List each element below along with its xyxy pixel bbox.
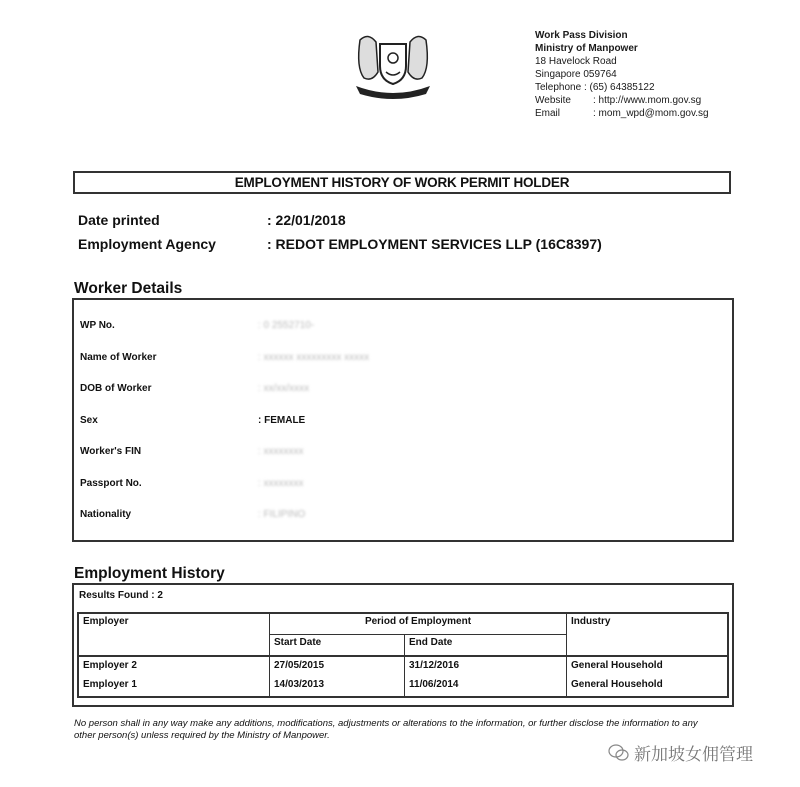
worker-field-value: : FILIPINO [258,509,305,520]
address-line-2: Singapore 059764 [535,68,709,81]
col-industry: Industry [567,613,729,656]
worker-field-value: : xx/xx/xxxx [258,383,309,394]
email-label: Email [535,107,593,120]
col-start-date: Start Date [270,635,405,657]
employment-history-heading: Employment History [74,565,225,583]
col-end-date: End Date [405,635,567,657]
results-found: Results Found : 2 [79,590,163,601]
date-printed-value: : 22/01/2018 [267,212,346,228]
cell-start-date: 27/05/2015 [270,656,405,677]
ministry-address-block: Work Pass Division Ministry of Manpower … [535,29,709,120]
website-row: Website: http://www.mom.gov.sg [535,94,709,107]
employment-history-panel: Results Found : 2 Employer Period of Emp… [72,583,734,707]
cell-industry: General Household [567,656,729,677]
telephone-value: : (65) 64385122 [584,81,655,94]
employment-history-table: Employer Period of Employment Industry S… [77,612,729,698]
worker-field-label: Name of Worker [80,352,157,363]
address-line-1: 18 Havelock Road [535,55,709,68]
worker-field-value: : 0 2552710- [258,320,314,331]
email-link[interactable]: : mom_wpd@mom.gov.sg [593,107,709,120]
document-title: EMPLOYMENT HISTORY OF WORK PERMIT HOLDER [73,171,731,194]
worker-field-label: Nationality [80,509,131,520]
employment-agency-label: Employment Agency [78,236,216,252]
worker-field-value: : FEMALE [258,415,305,426]
ministry-name: Ministry of Manpower [535,42,709,55]
worker-field-label: Sex [80,415,98,426]
col-period: Period of Employment [270,613,567,635]
employment-agency-value: : REDOT EMPLOYMENT SERVICES LLP (16C8397… [267,236,602,252]
disclaimer-text: No person shall in any way make any addi… [74,718,714,742]
worker-field-label: Worker's FIN [80,446,141,457]
col-employer: Employer [78,613,270,656]
worker-field-label: Passport No. [80,478,142,489]
table-row: Employer 227/05/201531/12/2016General Ho… [78,656,728,677]
cell-start-date: 14/03/2013 [270,677,405,697]
watermark-text: 新加坡女佣管理 [634,740,753,765]
telephone-row: Telephone : (65) 64385122 [535,81,709,94]
worker-field-value: : xxxxxxxx [258,478,304,489]
cell-industry: General Household [567,677,729,697]
coat-of-arms-emblem [350,30,436,100]
email-row: Email: mom_wpd@mom.gov.sg [535,107,709,120]
website-link[interactable]: : http://www.mom.gov.sg [593,94,701,107]
table-row: Employer 114/03/201311/06/2014General Ho… [78,677,728,697]
worker-details-panel: WP No.: 0 2552710-Name of Worker: xxxxxx… [72,298,734,542]
telephone-label: Telephone [535,81,581,94]
worker-field-value: : xxxxxxxx [258,446,304,457]
cell-end-date: 31/12/2016 [405,656,567,677]
worker-field-label: DOB of Worker [80,383,152,394]
worker-field-value: : xxxxxx xxxxxxxxx xxxxx [258,352,369,363]
wechat-icon [608,744,630,762]
watermark: 新加坡女佣管理 [608,740,753,765]
cell-employer: Employer 2 [78,656,270,677]
worker-details-heading: Worker Details [74,280,182,298]
website-label: Website [535,94,593,107]
cell-end-date: 11/06/2014 [405,677,567,697]
cell-employer: Employer 1 [78,677,270,697]
worker-field-label: WP No. [80,320,115,331]
date-printed-label: Date printed [78,212,160,228]
division-name: Work Pass Division [535,29,709,42]
